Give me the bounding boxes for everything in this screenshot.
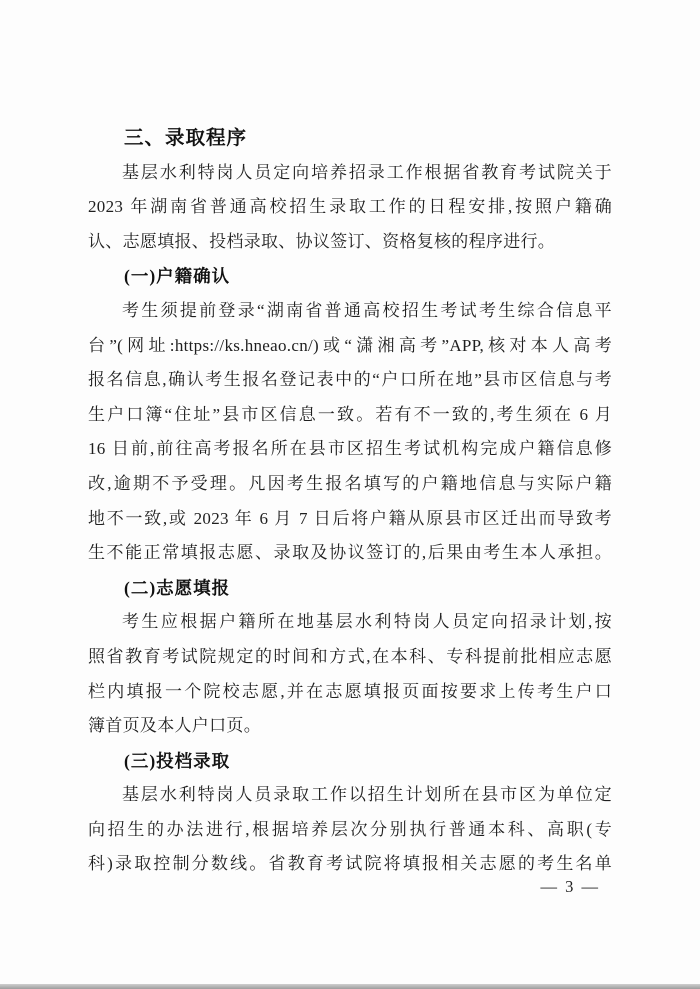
body-line: 簿首页及本人户口页。 bbox=[88, 709, 612, 744]
intro-line: 基层水利特岗人员定向培养招录工作根据省教育考试院关于 bbox=[88, 156, 612, 191]
body-line: 台”(网址:https://ks.hneao.cn/)或“潇湘高考”APP,核对… bbox=[88, 329, 612, 364]
body-line: 向招生的办法进行,根据培养层次分别执行普通本科、高职(专 bbox=[88, 813, 612, 848]
body-line: 16 日前,前往高考报名所在县市区招生考试机构完成户籍信息修 bbox=[88, 432, 612, 467]
body-line: 考生须提前登录“湖南省普通高校招生考试考生综合信息平 bbox=[88, 294, 612, 329]
body-line: 改,逾期不予受理。凡因考生报名填写的户籍地信息与实际户籍 bbox=[88, 467, 612, 502]
body-line: 照省教育考试院规定的时间和方式,在本科、专科提前批相应志愿 bbox=[88, 640, 612, 675]
body-line: 生不能正常填报志愿、录取及协议签订的,后果由考生本人承担。 bbox=[88, 536, 612, 571]
section-heading-main: 三、录取程序 bbox=[88, 121, 612, 156]
body-line: 栏内填报一个院校志愿,并在志愿填报页面按要求上传考生户口 bbox=[88, 675, 612, 710]
scan-edge-shadow bbox=[0, 984, 700, 989]
subsection-heading-toudang-luqu: (三)投档录取 bbox=[88, 744, 612, 779]
page-number: — 3 — bbox=[88, 872, 612, 902]
document-body: 三、录取程序 基层水利特岗人员定向培养招录工作根据省教育考试院关于 2023 年… bbox=[88, 121, 612, 882]
subsection-heading-hukou-confirm: (一)户籍确认 bbox=[88, 259, 612, 294]
body-line: 报名信息,确认考生报名登记表中的“户口所在地”县市区信息与考 bbox=[88, 363, 612, 398]
body-line: 生户口簿“住址”县市区信息一致。若有不一致的,考生须在 6 月 bbox=[88, 398, 612, 433]
intro-line: 认、志愿填报、投档录取、协议签订、资格复核的程序进行。 bbox=[88, 225, 612, 260]
subsection-heading-zhiyuan-tianbao: (二)志愿填报 bbox=[88, 571, 612, 606]
body-line: 考生应根据户籍所在地基层水利特岗人员定向招录计划,按 bbox=[88, 605, 612, 640]
body-line: 地不一致,或 2023 年 6 月 7 日后将户籍从原县市区迁出而导致考 bbox=[88, 502, 612, 537]
body-line: 基层水利特岗人员录取工作以招生计划所在县市区为单位定 bbox=[88, 778, 612, 813]
document-page: 三、录取程序 基层水利特岗人员定向培养招录工作根据省教育考试院关于 2023 年… bbox=[0, 0, 700, 989]
intro-line: 2023 年湖南省普通高校招生录取工作的日程安排,按照户籍确 bbox=[88, 190, 612, 225]
